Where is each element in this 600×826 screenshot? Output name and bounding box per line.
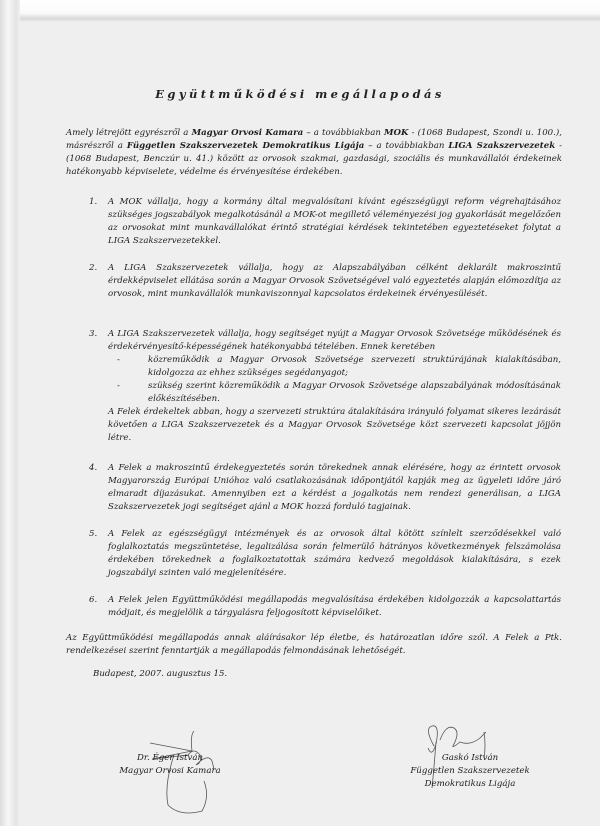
clause-text: A Felek a makroszintű érdekegyeztetés so…: [108, 463, 561, 512]
party-1-abbr: MOK: [384, 128, 408, 138]
clause-text: A Felek az egészségügyi intézmények és a…: [108, 529, 561, 578]
party-2-name: Független Szakszervezetek Demokratikus L…: [127, 141, 364, 151]
scan-top-edge: [0, 0, 600, 22]
signatory-right: Gaskó István Független Szakszervezetek D…: [395, 752, 545, 791]
clause-bullet: - közreműködik a Magyar Orvosok Szövetsé…: [117, 354, 561, 380]
clause-text: A LIGA Szakszervezetek vállalja, hogy se…: [108, 328, 561, 354]
intro-paragraph: Amely létrejött egyrészről a Magyar Orvo…: [66, 127, 562, 179]
clause-text: A MOK vállalja, hogy a kormány által meg…: [108, 197, 561, 246]
clause-5: 5. A Felek az egészségügyi intézmények é…: [108, 528, 561, 580]
intro-text: Amely létrejött egyrészről a: [66, 128, 192, 138]
signatory-name: Dr. Éger István: [110, 752, 230, 765]
signatory-org: Demokratikus Ligája: [395, 778, 545, 791]
bullet-text: szükség szerint közreműködik a Magyar Or…: [148, 381, 561, 404]
bullet-text: közreműködik a Magyar Orvosok Szövetsége…: [148, 355, 561, 378]
closing-paragraph: Az Együttműködési megállapodás annak alá…: [66, 632, 562, 658]
signing-date: Budapest, 2007. augusztus 15.: [93, 669, 227, 679]
clause-3: 3. A LIGA Szakszervezetek vállalja, hogy…: [108, 328, 561, 445]
clause-number: 3.: [89, 328, 97, 341]
clause-2: 2. A LIGA Szakszervezetek vállalja, hogy…: [108, 262, 561, 301]
clause-number: 4.: [89, 462, 97, 475]
clause-number: 5.: [89, 528, 97, 541]
clause-followup-text: A Felek érdekeltek abban, hogy a szervez…: [108, 406, 561, 445]
clause-text: A Felek jelen Együttműködési megállapodá…: [108, 595, 561, 618]
clause-1: 1. A MOK vállalja, hogy a kormány által …: [108, 196, 561, 248]
clause-4: 4. A Felek a makroszintű érdekegyeztetés…: [108, 462, 561, 514]
scanned-document-page: Együttműködési megállapodás Amely létrej…: [0, 0, 600, 826]
clause-number: 6.: [89, 594, 97, 607]
document-title: Együttműködési megállapodás: [0, 87, 600, 101]
clause-number: 1.: [89, 196, 97, 209]
bullet-marker: -: [117, 380, 120, 393]
party-2-abbr: LIGA Szakszervezetek: [448, 141, 555, 151]
party-1-name: Magyar Orvosi Kamara: [192, 128, 304, 138]
clause-number: 2.: [89, 262, 97, 275]
clause-bullet: - szükség szerint közreműködik a Magyar …: [117, 380, 561, 406]
signatory-name: Gaskó István: [395, 752, 545, 765]
clause-text: A LIGA Szakszervezetek vállalja, hogy az…: [108, 263, 561, 299]
signatory-left: Dr. Éger István Magyar Orvosi Kamara: [110, 752, 230, 778]
scan-left-edge: [0, 0, 20, 826]
clause-6: 6. A Felek jelen Együttműködési megállap…: [108, 594, 561, 620]
signatory-org: Független Szakszervezetek: [395, 765, 545, 778]
intro-text: – a továbbiakban: [303, 128, 384, 138]
bullet-marker: -: [117, 354, 120, 367]
intro-text: – a továbbiakban: [364, 141, 448, 151]
signatory-org: Magyar Orvosi Kamara: [110, 765, 230, 778]
